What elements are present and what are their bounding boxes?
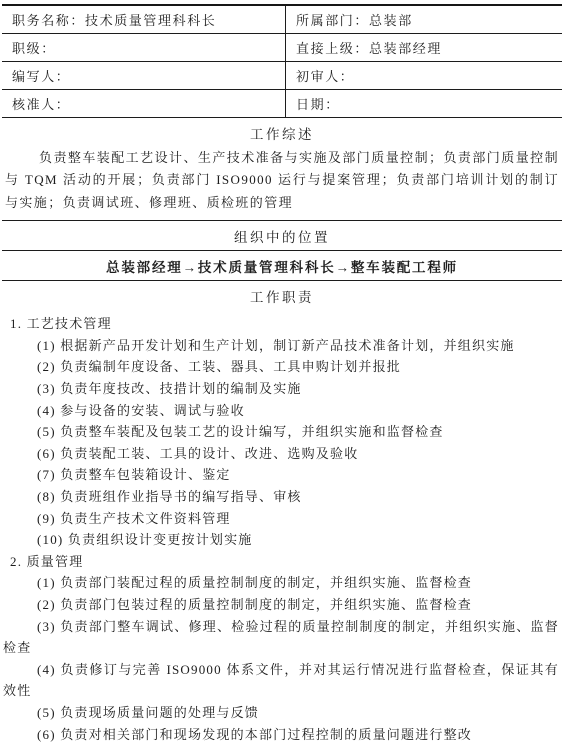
duties-title: 工作职责 bbox=[2, 280, 562, 310]
info-table: 职务名称：技术质量管理科科长 所属部门：总装部 职级： 直接上级：总装部经理 编… bbox=[2, 4, 562, 118]
duty-item: (4) 负责修订与完善 ISO9000 体系文件，并对其运行情况进行监督检查，保… bbox=[3, 659, 559, 702]
writer-cell: 编写人： bbox=[2, 62, 285, 89]
job-title-cell: 职务名称：技术质量管理科科长 bbox=[2, 6, 285, 33]
duty-item: (8) 负责班组作业指导书的编写指导、审核 bbox=[3, 486, 559, 508]
job-description-document: 职务名称：技术质量管理科科长 所属部门：总装部 职级： 直接上级：总装部经理 编… bbox=[2, 0, 562, 751]
work-summary-title: 工作综述 bbox=[2, 118, 562, 147]
duty-item: (5) 负责现场质量问题的处理与反馈 bbox=[3, 702, 559, 724]
duty-item: (5) 负责整车装配及包装工艺的设计编写，并组织实施和监督检查 bbox=[3, 421, 559, 443]
table-row: 编写人： 初审人： bbox=[2, 62, 562, 90]
supervisor-cell: 直接上级：总装部经理 bbox=[285, 34, 562, 61]
department-cell: 所属部门：总装部 bbox=[285, 6, 562, 33]
reviewer-cell: 初审人： bbox=[285, 62, 562, 89]
org-chain: 总装部经理→技术质量管理科科长→整车装配工程师 bbox=[2, 250, 562, 280]
approver-cell: 核准人： bbox=[2, 90, 285, 117]
duty-item: (10) 负责组织设计变更按计划实施 bbox=[3, 529, 559, 551]
duty-item: (3) 负责年度技改、技措计划的编制及实施 bbox=[3, 378, 559, 400]
rank-cell: 职级： bbox=[2, 34, 285, 61]
work-summary-text: 负责整车装配工艺设计、生产技术准备与实施及部门质量控制；负责部门质量控制与 TQ… bbox=[2, 147, 562, 220]
duty-item: (2) 负责部门包装过程的质量控制制度的制定，并组织实施、监督检查 bbox=[3, 594, 559, 616]
duty-item: (6) 负责装配工装、工具的设计、改进、选购及验收 bbox=[3, 443, 559, 465]
duty-item: (1) 根据新产品开发计划和生产计划，制订新产品技术准备计划，并组织实施 bbox=[3, 335, 559, 357]
duty-item: (6) 负责对相关部门和现场发现的本部门过程控制的质量问题进行整改 bbox=[3, 724, 559, 746]
table-row: 职级： 直接上级：总装部经理 bbox=[2, 34, 562, 62]
org-position-title: 组织中的位置 bbox=[2, 220, 562, 250]
duty-item: (7) 负责整车包装箱设计、鉴定 bbox=[3, 464, 559, 486]
table-row: 核准人： 日期： bbox=[2, 90, 562, 118]
table-row: 职务名称：技术质量管理科科长 所属部门：总装部 bbox=[2, 6, 562, 34]
duty-section-heading: 2. 质量管理 bbox=[3, 551, 559, 573]
duty-item: (9) 负责生产技术文件资料管理 bbox=[3, 508, 559, 530]
duty-section-heading: 1. 工艺技术管理 bbox=[3, 313, 559, 335]
duty-item: (3) 负责部门整车调试、修理、检验过程的质量控制制度的制定，并组织实施、监督检… bbox=[3, 616, 559, 659]
duties-list: 1. 工艺技术管理 (1) 根据新产品开发计划和生产计划，制订新产品技术准备计划… bbox=[2, 310, 562, 751]
duty-item: (2) 负责编制年度设备、工装、器具、工具申购计划并报批 bbox=[3, 356, 559, 378]
duty-item: (1) 负责部门装配过程的质量控制制度的制定，并组织实施、监督检查 bbox=[3, 572, 559, 594]
date-cell: 日期： bbox=[285, 90, 562, 117]
duty-item: (4) 参与设备的安装、调试与验收 bbox=[3, 400, 559, 422]
